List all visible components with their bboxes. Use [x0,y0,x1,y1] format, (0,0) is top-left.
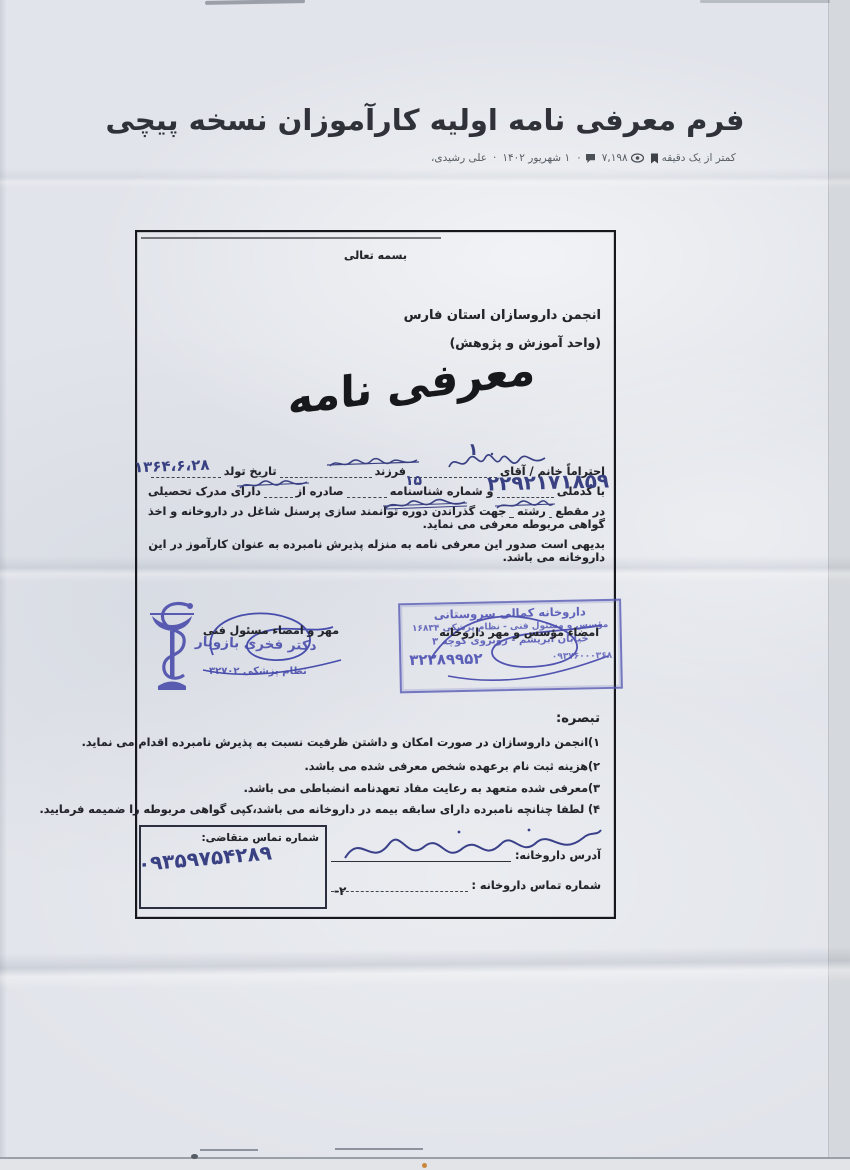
pharmacy-phone-line [331,879,468,892]
post-author: علی رشیدی، [431,152,487,164]
bookmark-icon [650,153,659,164]
field-label-level: در مقطع [555,505,605,518]
handwritten-birth-date: ۱۳۶۴،۶،۲۸ [134,456,210,477]
paper-crease [0,168,850,188]
note-item-1: ۱)انجمن داروسازان در صورت امکان و داشتن … [82,736,600,749]
besmele-text: بسمه تعالی [137,249,614,262]
pharmacy-phone-label: شماره تماس داروخانه : [472,879,601,892]
paper-crease [0,946,850,989]
scan-smudge [700,0,830,3]
technical-manager-signature-label: مهر و امضاء مسئول فنی [203,624,339,637]
handwritten-name-scribble [447,452,549,474]
scan-right-edge [828,0,850,1170]
views-count: ۷,۱۹۸ [602,152,628,164]
note-item-2: ۲)هزینه ثبت نام برعهده شخص معرفی شده می … [305,760,600,773]
scan-smudge [205,0,305,5]
handwritten-father-name-scribble [327,455,421,473]
note-item-3: ۳)معرفی شده متعهد به رعایت مفاد تعهدنامه… [244,782,600,795]
page-title: فرم معرفی نامه اولیه کارآموزان نسخه پیچی [90,103,760,137]
handwritten-address-scribble [339,826,605,870]
frame-double-line [141,237,441,239]
note-item-4: ۴) لطفا چنانچه نامبرده دارای سابقه بیمه … [39,803,600,816]
meta-separator: · [493,152,496,164]
handwritten-major-scribble [383,497,469,514]
blank-id-number [347,485,387,498]
handwritten-issued-at-scribble [237,477,311,494]
read-time: کمتر از یک دقیقه [662,152,736,164]
scanned-page: فرم معرفی نامه اولیه کارآموزان نسخه پیچی… [0,0,850,1170]
post-meta: علی رشیدی، · ۱ شهریور ۱۴۰۲ ۰ ۷,۱۹۸ کمتر … [431,152,736,164]
scan-dot [422,1163,427,1168]
pharmacy-bowl-of-hygieia-icon [148,598,196,694]
views-count-group: ۷,۱۹۸ [602,152,644,164]
technical-manager-signature-scribble [193,600,348,684]
scan-left-edge [0,0,7,1170]
comments-count-group: ۰ [576,152,596,164]
scan-smudge [200,1149,258,1151]
org-name: انجمن داروسازان استان فارس [404,308,601,323]
letter-calligraphic-title: معرفی نامه [288,345,535,426]
body-line-5: بدیهی است صدور این معرفی نامه به منزله پ… [148,538,605,558]
comments-count: ۰ [576,152,582,164]
comment-icon [585,153,596,164]
eye-icon [631,153,644,163]
handwritten-id-number: ۱۵ [405,473,422,489]
page-number-marker: -۲ [334,884,346,898]
scan-smudge [335,1148,423,1150]
body-line-4: گواهی مربوطه معرفی می نماید. [148,518,605,538]
founder-signature-label: امضاء مؤسس و مهر داروخانه [439,626,599,639]
pharmacy-phone-row: شماره تماس داروخانه : [331,872,601,892]
letter-frame: بسمه تعالی انجمن داروسازان استان فارس (و… [135,230,616,919]
founder-signature-scribble [420,602,615,690]
handwritten-level-scribble [495,498,557,513]
post-date: ۱ شهریور ۱۴۰۲ [502,152,570,164]
notes-heading: تبصره: [556,711,600,726]
read-time-group: کمتر از یک دقیقه [650,152,736,164]
scan-dot [191,1154,198,1159]
